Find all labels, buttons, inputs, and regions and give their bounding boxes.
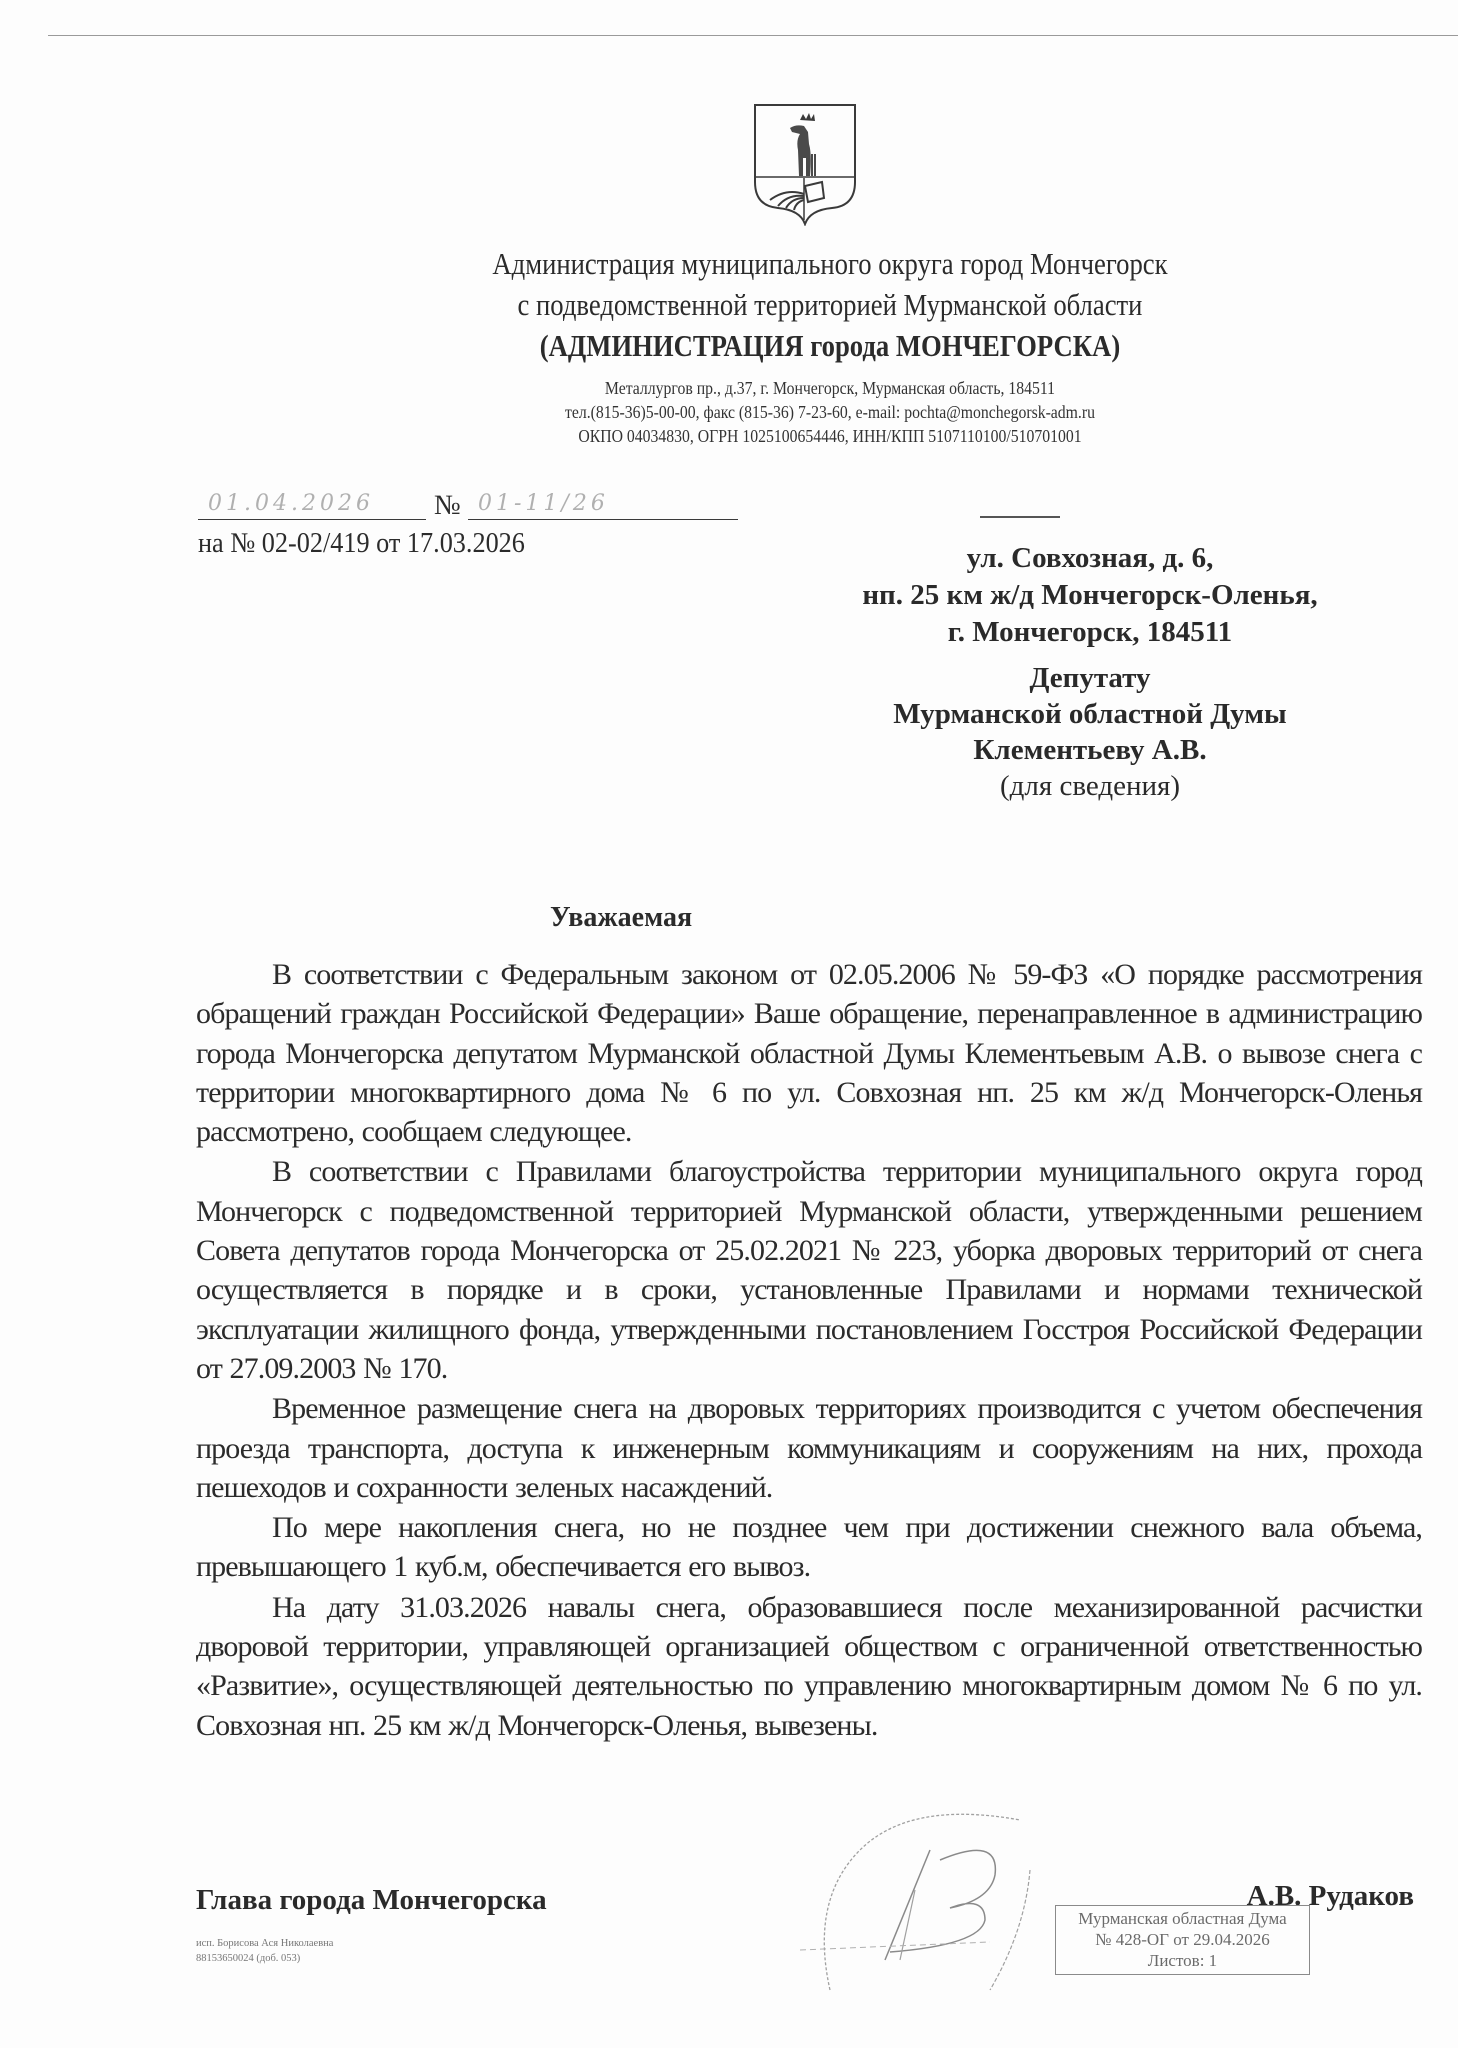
outgoing-date-field: 01.04.2026: [198, 489, 426, 520]
outgoing-number-handwritten: 01-11/26: [468, 491, 609, 516]
executor-info: исп. Борисова Ася Николаевна 88153650024…: [196, 1936, 333, 1966]
copy-recipient: Депутату Мурманской областной Думы Клеме…: [800, 660, 1380, 804]
reply-reference: на № 02-02/419 от 17.03.2026: [198, 526, 695, 562]
executor-phone: 88153650024 (доб. 053): [196, 1951, 333, 1966]
stamp-number-date: № 428-ОГ от 29.04.2026: [1056, 1929, 1309, 1950]
recipient-organization: Мурманской областной Думы: [800, 696, 1380, 732]
recipient-position: Депутату: [800, 660, 1380, 696]
paragraph-3: Временное размещение снега на дворовых т…: [196, 1389, 1422, 1507]
organization-contacts: Металлургов пр., д.37, г. Мончегорск, Му…: [380, 376, 1280, 448]
paragraph-2: В соответствии с Правилами благоустройст…: [196, 1152, 1422, 1388]
address-line-city: г. Мончегорск, 184511: [800, 614, 1380, 651]
recipient-note: (для сведения): [800, 768, 1380, 804]
letter-body: В соответствии с Федеральным законом от …: [196, 955, 1422, 1746]
number-sign-label: №: [434, 490, 461, 522]
outgoing-number-field: 01-11/26: [468, 489, 738, 520]
paragraph-1: В соответствии с Федеральным законом от …: [196, 955, 1422, 1151]
top-rule-divider: [48, 35, 1458, 36]
org-phone-email: тел.(815-36)5-00-00, факс (815-36) 7-23-…: [425, 400, 1235, 424]
paragraph-4: По мере накопления снега, но не позднее …: [196, 1508, 1422, 1587]
registration-block: 01.04.2026 № 01-11/26 на № 02-02/419 от …: [198, 486, 738, 562]
org-name-line-2: с подведомственной территорией Мурманско…: [374, 284, 1286, 325]
org-registration-codes: ОКПО 04034830, ОГРН 1025100654446, ИНН/К…: [425, 424, 1235, 448]
paragraph-5: На дату 31.03.2026 навалы снега, образов…: [196, 1588, 1422, 1745]
address-corner-mark: [980, 516, 1060, 518]
org-name-short: (АДМИНИСТРАЦИЯ города МОНЧЕГОРСКА): [374, 325, 1286, 366]
outgoing-date-handwritten: 01.04.2026: [198, 491, 374, 516]
stamp-organization: Мурманская областная Дума: [1056, 1908, 1309, 1929]
signature-icon: [790, 1780, 1090, 2000]
address-line-street: ул. Совхозная, д. 6,: [800, 540, 1380, 577]
organization-header: Администрация муниципального округа горо…: [300, 243, 1360, 366]
city-coat-of-arms-icon: [752, 102, 858, 226]
signatory-title: Глава города Мончегорска: [196, 1884, 547, 1917]
recipient-name: Клементьеву А.В.: [800, 732, 1380, 768]
recipient-address: ул. Совхозная, д. 6, нп. 25 км ж/д Монче…: [800, 540, 1380, 651]
incoming-registration-stamp: Мурманская областная Дума № 428-ОГ от 29…: [1055, 1905, 1310, 1975]
stamp-sheets: Листов: 1: [1056, 1950, 1309, 1971]
salutation: Уважаемая: [550, 902, 692, 934]
org-name-line-1: Администрация муниципального округа горо…: [374, 243, 1286, 284]
executor-name: исп. Борисова Ася Николаевна: [196, 1936, 333, 1951]
letter-page: Администрация муниципального округа горо…: [0, 0, 1458, 2048]
address-line-settlement: нп. 25 км ж/д Мончегорск-Оленья,: [800, 577, 1380, 614]
org-address: Металлургов пр., д.37, г. Мончегорск, Му…: [425, 376, 1235, 400]
